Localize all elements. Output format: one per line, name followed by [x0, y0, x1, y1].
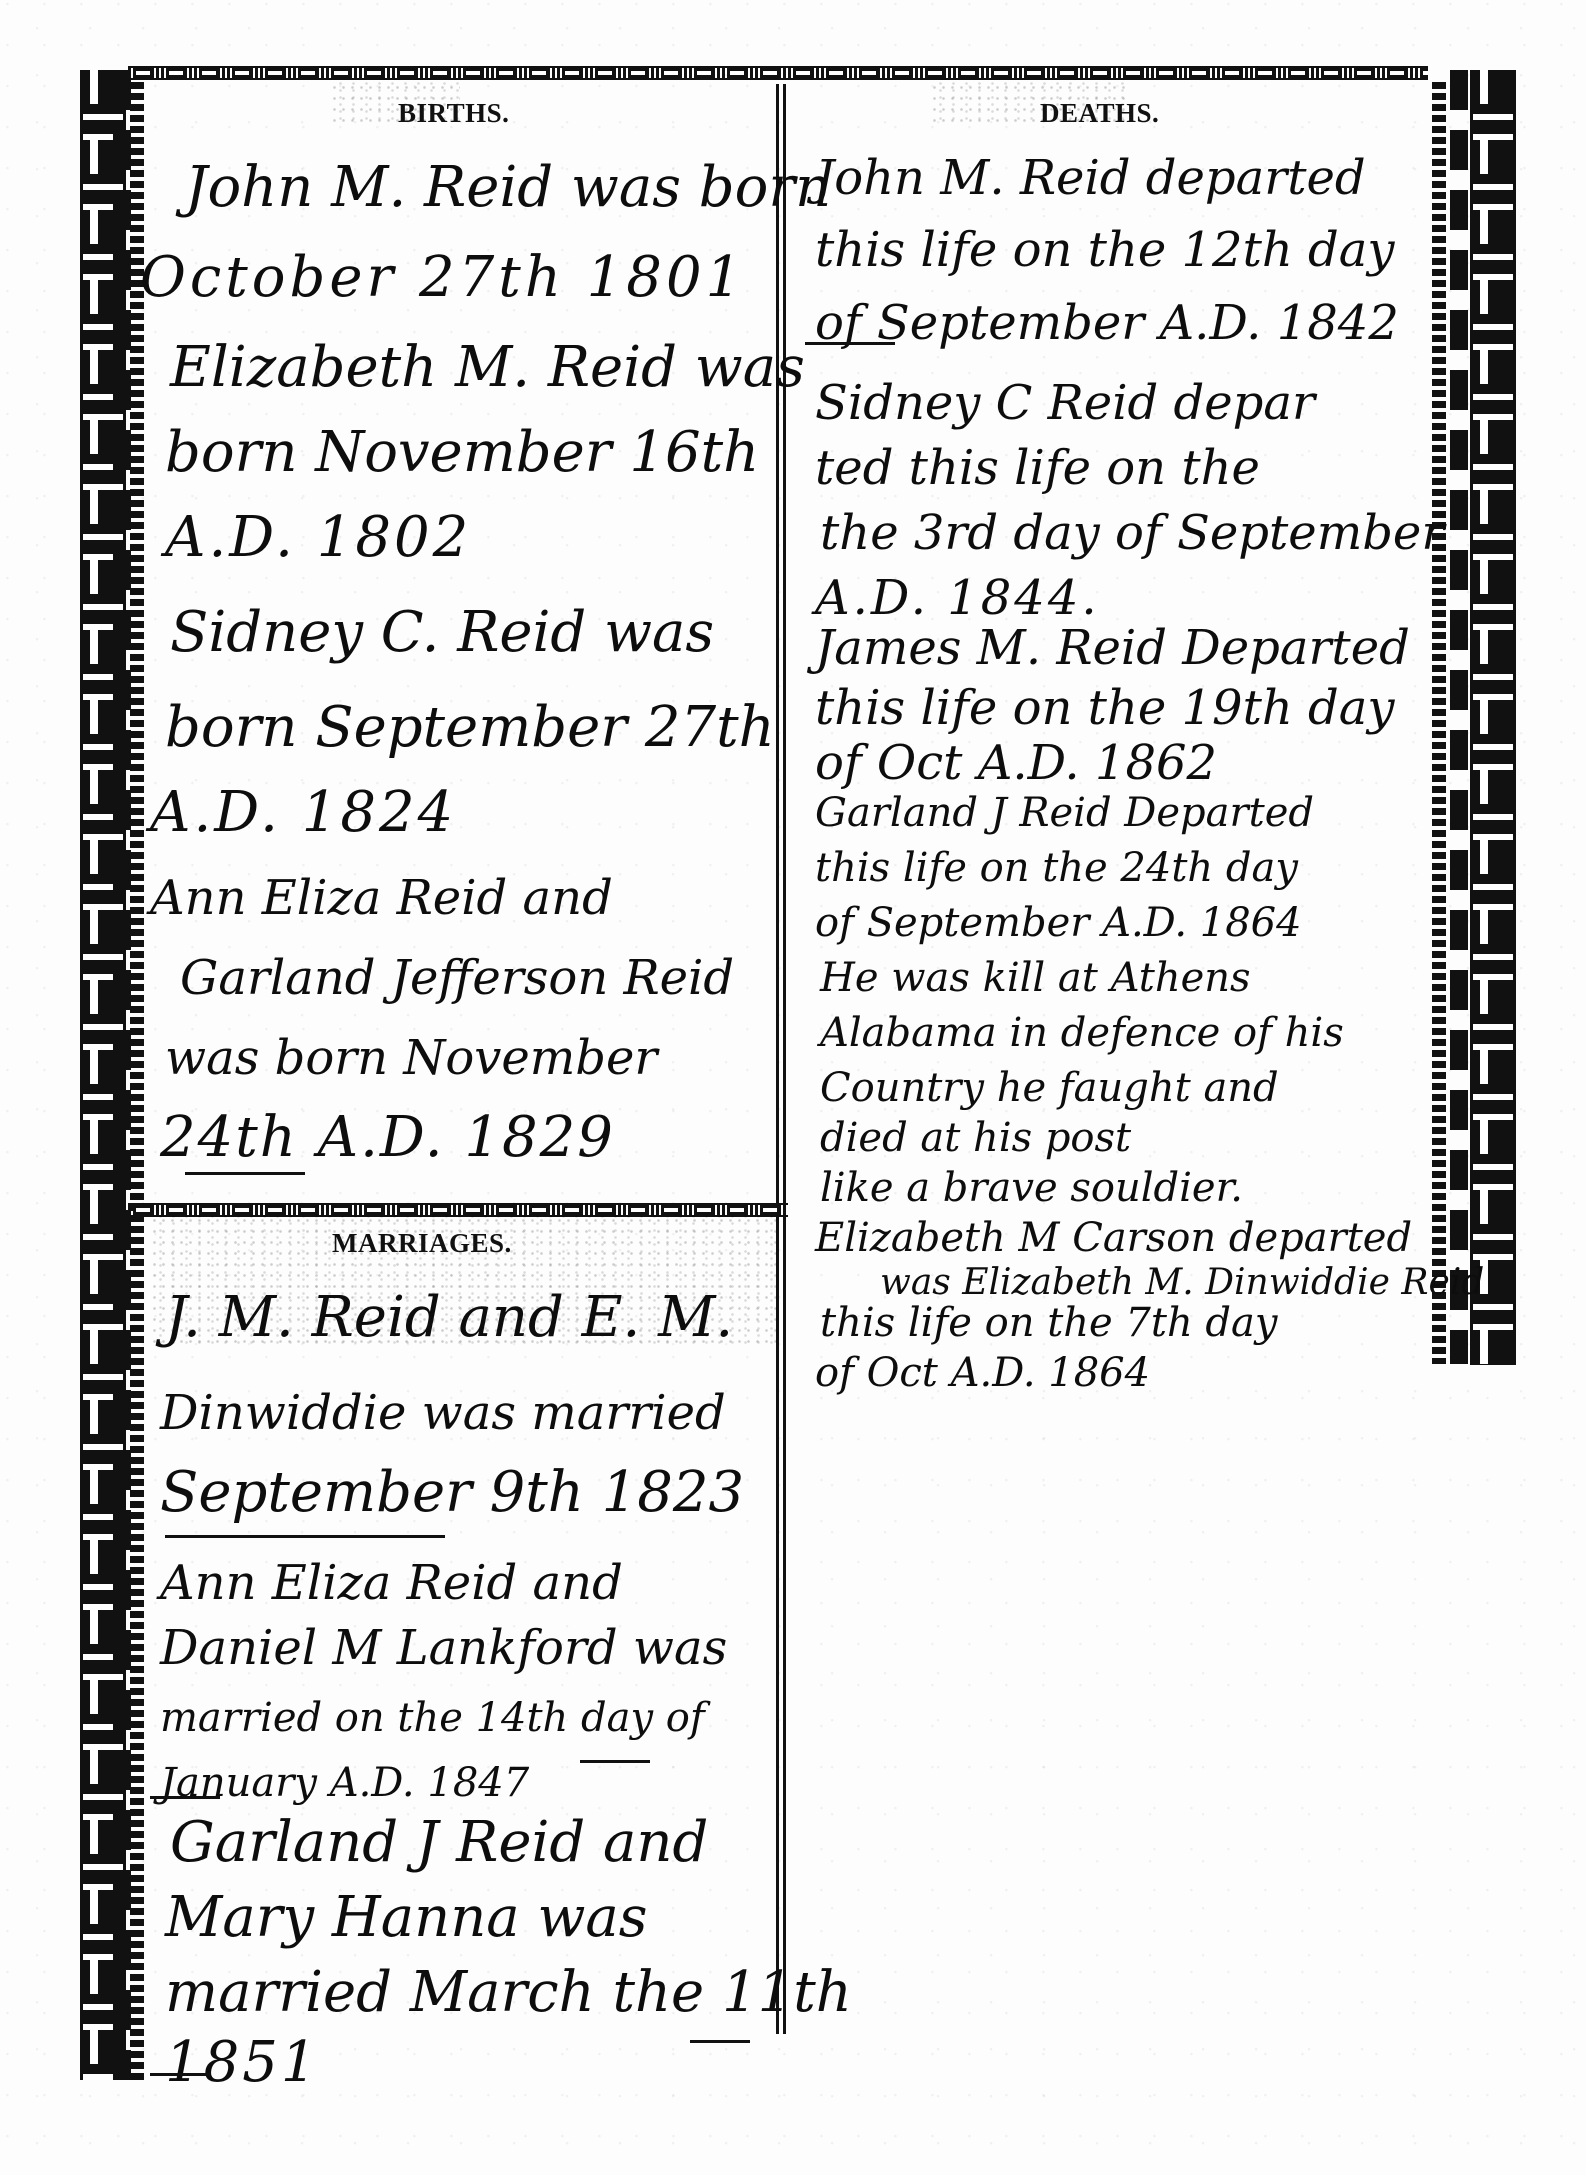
births-line: Garland Jefferson Reid: [180, 950, 734, 1006]
right-braid-border: [1470, 70, 1516, 1365]
right-bead-column: [1432, 82, 1446, 1364]
deaths-line: James M. Reid Departed: [815, 620, 1410, 676]
deaths-line: He was kill at Athens: [820, 955, 1251, 1001]
births-heading: BIRTHS.: [398, 98, 509, 129]
deaths-line: of September A.D. 1864: [815, 900, 1302, 946]
births-line: John M. Reid was born: [185, 155, 831, 220]
deaths-line: of Oct A.D. 1862: [815, 735, 1217, 791]
deaths-line: was Elizabeth M. Dinwiddie Reid: [880, 1262, 1484, 1303]
marriages-line: Garland J Reid and: [170, 1810, 708, 1875]
marriages-line: married March the 11th: [165, 1960, 852, 2025]
marriages-line: January A.D. 1847: [160, 1760, 529, 1806]
right-diamond-column: [1450, 70, 1468, 1364]
deaths-line: this life on the 19th day: [815, 680, 1395, 736]
deaths-line: died at his post: [820, 1115, 1131, 1161]
births-line: A.D. 1824: [150, 780, 456, 845]
deaths-heading: DEATHS.: [1040, 98, 1159, 129]
marriages-line: Daniel M Lankford was: [160, 1620, 727, 1676]
marriages-rule: [580, 1760, 650, 1763]
births-line: Elizabeth M. Reid was: [170, 335, 805, 400]
marriages-rule: [150, 1796, 220, 1799]
marriages-end-rule: [690, 2040, 750, 2043]
deaths-rule: [805, 342, 895, 345]
marriages-line: Dinwiddie was married: [160, 1385, 726, 1441]
top-ornamental-border: [128, 66, 1428, 80]
marriages-end-rule: [150, 2073, 210, 2076]
marriages-line: Ann Eliza Reid and: [160, 1555, 623, 1611]
deaths-line: Sidney C Reid depar: [815, 375, 1315, 431]
births-line: was born November: [165, 1030, 657, 1086]
deaths-line: Alabama in defence of his: [820, 1010, 1344, 1056]
births-line: Ann Eliza Reid and: [150, 870, 613, 926]
deaths-line: Country he faught and: [820, 1065, 1279, 1111]
marriages-line: September 9th 1823: [160, 1460, 744, 1525]
deaths-line: like a brave souldier.: [820, 1165, 1243, 1211]
deaths-line: Elizabeth M Carson departed: [815, 1215, 1412, 1261]
births-line: born September 27th: [165, 695, 775, 760]
marriages-line: J. M. Reid and E. M.: [165, 1285, 733, 1350]
deaths-line: this life on the 7th day: [820, 1300, 1277, 1346]
births-line: October 27th 1801: [140, 245, 745, 310]
births-line: born November 16th: [165, 420, 759, 485]
marriages-line: married on the 14th day of: [160, 1695, 705, 1741]
deaths-line: ted this life on the: [815, 440, 1260, 496]
deaths-line: A.D. 1844.: [815, 570, 1100, 626]
deaths-line: of Oct A.D. 1864: [815, 1350, 1150, 1396]
deaths-line: Garland J Reid Departed: [815, 790, 1314, 836]
deaths-line: this life on the 12th day: [815, 222, 1395, 278]
births-end-rule: [185, 1172, 305, 1175]
births-line: A.D. 1802: [165, 505, 471, 570]
deaths-line: of September A.D. 1842: [815, 295, 1399, 351]
deaths-line: the 3rd day of September: [820, 505, 1444, 561]
marriages-line: 1851: [165, 2030, 320, 2095]
marriages-rule: [165, 1535, 445, 1538]
births-line: Sidney C. Reid was: [170, 600, 714, 665]
document-page: BIRTHS. DEATHS. MARRIAGES. John M. Reid …: [0, 0, 1586, 2175]
left-diamond-column: [113, 70, 131, 2080]
left-bead-column: [130, 82, 144, 2080]
marriages-line: Mary Hanna was: [165, 1885, 648, 1950]
births-line: 24th A.D. 1829: [160, 1105, 615, 1170]
deaths-line: this life on the 24th day: [815, 845, 1298, 891]
deaths-line: John M. Reid departed: [815, 150, 1366, 206]
marriages-heading: MARRIAGES.: [332, 1228, 512, 1259]
